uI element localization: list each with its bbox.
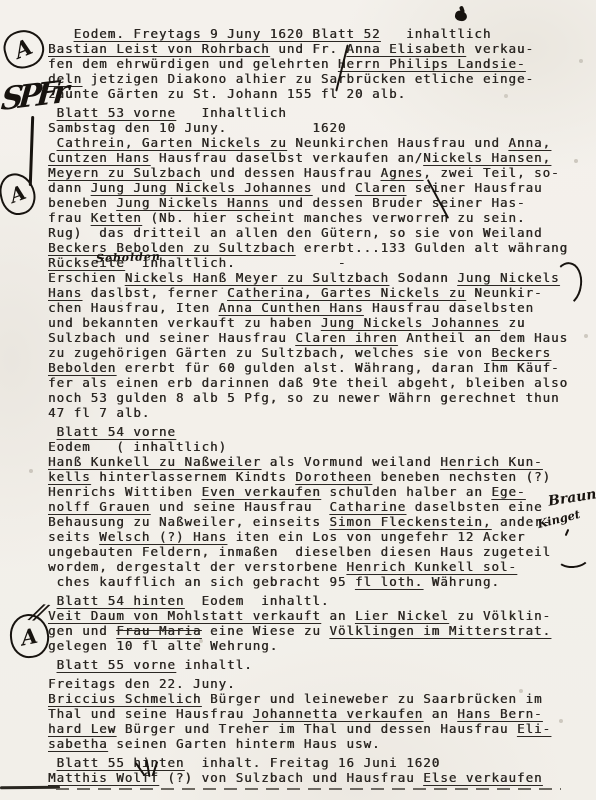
document-line: deln jetzigen Diakono alhier zu Sarbrück… [48,71,568,86]
text-segment: Bürger und Treher im Thal und dessen Hau… [116,721,517,736]
document-line: Freitags den 22. Juny. [48,676,568,691]
document-line: Bebolden ererbt für 60 gulden alst. Währ… [48,360,568,375]
document-line: Eodem ( inhaltlich) [48,439,568,454]
text-segment: hinterlassernem Kindts [91,469,296,484]
text-segment: Veit Daum von Mohlstatt verkauft [48,608,321,623]
text-segment: ererbt für 60 gulden alst. Währang, dara… [116,360,559,375]
document-line: Meyern zu Sulzbach und dessen Hausfrau A… [48,165,568,180]
text-segment: zäunte Gärten zu St. Johann 155 fl 20 al… [48,86,406,101]
text-segment: Neunkirchen Hausfrau und [287,135,509,150]
text-segment: ches kaufflich an sich gebracht 95 [48,574,355,589]
text-segment: Antheil an dem Haus [398,330,569,345]
document-line: beneben Jung Nickels Hanns und dessen Br… [48,195,568,210]
document-line: Henrichs Wittiben Even verkaufen schulde… [48,484,568,499]
text-segment: Anna Elisabeth [346,41,465,56]
text-segment: Meyern zu Sulzbach [48,165,201,180]
text-segment: ererbt...133 Gulden alt währang [295,240,568,255]
text-segment: Thal und seine Hausfrau [48,706,253,721]
text-segment: und Fr. [270,41,347,56]
text-segment: Rug) das dritteil an allen den Gütern, s… [48,225,543,240]
text-segment: fl loth. [355,574,423,589]
circled-letter-glyph: A [11,34,37,65]
text-segment: beneben nechsten (?) [372,469,551,484]
text-segment: zu zugehörigen Gärten zu Sultzbach, welc… [48,345,491,360]
text-segment [48,26,74,41]
document-line: seits Welsch (?) Hans iten ein Los von u… [48,529,568,544]
circled-letter-glyph: A [19,622,40,650]
text-segment: frau [48,210,91,225]
text-segment: Anna Cunthen Hans [219,300,364,315]
text-segment: Herrn Philips Landsie- [338,56,526,71]
document-line: Blatt 53 vorne Inhaltlich [48,105,568,120]
text-segment: Dorotheen [295,469,372,484]
document-line: kells hinterlassernem Kindts Dorotheen b… [48,469,568,484]
document-line: Thal und seine Hausfrau Johannetta verka… [48,706,568,721]
text-segment: Sulzbach und seiner Hausfrau [48,330,295,345]
text-segment: Lier Nickel [355,608,449,623]
text-segment: Hausfrau daselbsten [363,300,534,315]
text-segment: Ege- [491,484,525,499]
text-segment: Cathrein, Garten Nickels zu [57,135,287,150]
text-segment: iten ein Los von ungefehr 12 Acker [227,529,525,544]
document-line: Eodem. Freytags 9 Juny 1620 Blatt 52 inh… [48,26,568,41]
text-segment: Simon Fleckenstein, [329,514,491,529]
text-segment: fen dem ehrwürdigen und gelehrten [48,56,338,71]
text-segment: Jung Nickels [457,270,559,285]
text-segment: Bastian Leist von Rohrbach [48,41,270,56]
text-segment: , zwei Teil, so- [423,165,559,180]
document-line: Matthis Wolff (?) von Sulzbach und Hausf… [48,770,568,785]
document-line: gelegen 10 fl alte Wehrung. [48,638,568,653]
text-segment: hard Lew [48,721,116,736]
pen-curve-mark-2 [555,545,590,569]
text-segment: zu [500,315,526,330]
document-line: ungebauten Feldern, inmaßen dieselben di… [48,544,568,559]
scribble-tail-stroke [29,116,34,186]
document-line: Sulzbach und seiner Hausfrau Claren ihre… [48,330,568,345]
document-line: noch 53 gulden 8 alb 5 Pfg, so zu newer … [48,390,568,405]
text-segment: Behausung zu Naßweiler, einseits [48,514,329,529]
text-segment: Blatt 53 vorne [57,105,176,120]
text-segment: Eodem ( inhaltlich) [48,439,227,454]
document-line: Hanß Kunkell zu Naßweiler als Vormund we… [48,454,568,469]
text-segment: Jung Nickels Hanns [116,195,269,210]
text-segment: fer als einen erb darinnen daß 9te theil… [48,375,568,390]
document-line: Rug) das dritteil an allen den Gütern, s… [48,225,568,240]
text-segment: Jung Jung Nickels Johannes [91,180,313,195]
text-segment: kells [48,469,91,484]
text-segment: Sodann [389,270,457,285]
text-segment: Blatt 54 vorne [57,424,176,439]
text-segment: Catharine [329,499,406,514]
text-segment: eine Wiese zu [201,623,329,638]
text-segment: Hausfrau daselbst verkaufen an/ [150,150,423,165]
document-line: gen und Frau Maria eine Wiese zu Völklin… [48,623,568,638]
text-segment: Freitags den 22. Juny. [48,676,236,691]
document-line: ches kaufflich an sich gebracht 95 fl lo… [48,574,568,589]
text-segment: Welsch (?) Hans [99,529,227,544]
document-line: Hans daslbst, ferner Catherina, Gartes N… [48,285,568,300]
text-segment: Even verkaufen [201,484,320,499]
bottom-dashed-line [56,788,561,790]
text-segment: und [312,180,355,195]
text-segment: und bekannten verkauft zu haben [48,315,321,330]
text-segment: Bebolden [48,360,116,375]
text-segment: Eodem. Freytags 9 Juny 1620 Blatt 52 [74,26,381,41]
document-line: zu zugehörigen Gärten zu Sultzbach, welc… [48,345,568,360]
document-line: chen Hausfrau, Iten Anna Cunthen Hans Ha… [48,300,568,315]
text-segment: Beckers [491,345,551,360]
text-segment: an [423,706,457,721]
text-segment: (?) von Sulzbach und Hausfrau [159,770,423,785]
text-segment: Johannetta verkaufen [253,706,424,721]
text-segment: Hans [48,285,82,300]
document-text: Eodem. Freytags 9 Juny 1620 Blatt 52 inh… [48,26,568,785]
document-line: hard Lew Bürger und Treher im Thal und d… [48,721,568,736]
text-segment: als Vormund weiland [261,454,440,469]
text-segment [48,657,57,672]
text-segment: inhaltl. [176,657,253,672]
text-segment: dann [48,180,91,195]
text-segment: daselbsten eine [406,499,542,514]
text-segment: Ketten [91,210,142,225]
scan-noise-speckles [120,300,122,302]
text-segment: ungebauten Feldern, inmaßen dieselben di… [48,544,551,559]
text-segment: chen Hausfrau, Iten [48,300,219,315]
text-segment: und dessen Bruder seiner Has- [270,195,526,210]
document-line: dann Jung Jung Nickels Johannes und Clar… [48,180,568,195]
document-line: 47 fl 7 alb. [48,405,568,420]
text-segment: Nickels Hanß Meyer zu Sultzbach [125,270,389,285]
text-segment: an [321,608,355,623]
text-segment: Hans Bern- [457,706,542,721]
text-segment: nolff Grauen [48,499,150,514]
text-segment [48,755,57,770]
text-segment: inhalt. Freitag 16 Juni 1620 [184,755,440,770]
text-segment: Blatt 54 hinten [57,593,185,608]
document-line: Sambstag den 10 Juny. 1620 [48,120,568,135]
text-segment: seinen Garten hinterm Haus usw. [108,736,381,751]
document-line: Behausung zu Naßweiler, einseits Simon F… [48,514,568,529]
text-segment: Frau Maria [116,623,201,638]
interline-correction: Sebolden [96,250,161,265]
text-segment: jetzigen Diakono alhier zu Sarbrücken et… [82,71,534,86]
text-segment: schulden halber an [321,484,492,499]
text-segment: Währung. [423,574,500,589]
text-segment: Anna, [508,135,551,150]
text-segment: Henrich Kunkell sol- [346,559,517,574]
text-segment: Eodem inhaltl. [184,593,329,608]
document-line: und bekannten verkauft zu haben Jung Nic… [48,315,568,330]
text-segment: seiner Hausfrau [406,180,542,195]
text-segment: Inhaltlich [176,105,287,120]
circled-letter-glyph: A [6,180,29,208]
text-segment: wordem, dergestalt der verstorbene [48,559,346,574]
text-segment: (Nb. hier scheint manches verworren zu s… [142,210,526,225]
text-segment: Agnes [381,165,424,180]
document-line: frau Ketten (Nb. hier scheint manches ve… [48,210,568,225]
text-segment: Völklingen im Mitterstrat. [329,623,551,638]
double-slash-mark: // [28,599,48,624]
text-segment: verkau- [466,41,534,56]
text-segment: und seine Hausfrau [150,499,329,514]
text-segment: Bürger und leineweber zu Saarbrücken im [201,691,542,706]
text-segment: sabetha [48,736,108,751]
text-segment: noch 53 gulden 8 alb 5 Pfg, so zu newer … [48,390,560,405]
document-line: Veit Daum von Mohlstatt verkauft an Lier… [48,608,568,623]
text-segment: Eli- [517,721,551,736]
text-segment: Claren ihren [295,330,397,345]
bottom-edge-line [0,786,60,790]
text-segment: gen und [48,623,116,638]
text-segment: Catherina, Gartes Nickels zu [227,285,466,300]
text-segment: Nickels Hansen, [423,150,551,165]
text-segment: seits [48,529,99,544]
text-segment: Else verkaufen [423,770,542,785]
text-segment: 47 fl 7 alb. [48,405,150,420]
text-segment: Hanß Kunkell zu Naßweiler [48,454,261,469]
text-segment [48,135,57,150]
text-segment: Blatt 55 vorne [57,657,176,672]
text-segment: Jung Nickels Johannes [321,315,500,330]
document-line: Cuntzen Hans Hausfrau daselbst verkaufen… [48,150,568,165]
text-segment: gelegen 10 fl alte Wehrung. [48,638,278,653]
document-line: sabetha seinen Garten hinterm Haus usw. [48,736,568,751]
text-segment: Claren [355,180,406,195]
document-line: nolff Grauen und seine Hausfrau Catharin… [48,499,568,514]
document-line: zäunte Gärten zu St. Johann 155 fl 20 al… [48,86,568,101]
text-segment: daslbst, ferner [82,285,227,300]
text-segment: beneben [48,195,116,210]
text-segment: Henrichs Wittiben [48,484,201,499]
text-segment: Beckers Bebolden zu Sultzbach [48,240,295,255]
text-segment: inhaltlich [381,26,492,41]
margin-circled-letter-1: A [0,25,48,73]
document-line: Blatt 55 hinten inhalt. Freitag 16 Juni … [48,755,568,770]
document-line: Blatt 55 vorne inhaltl. [48,657,568,672]
document-line: Cathrein, Garten Nickels zu Neunkirchen … [48,135,568,150]
text-segment: Neunkir- [466,285,543,300]
document-line: Blatt 54 hinten Eodem inhaltl. [48,593,568,608]
text-segment: und dessen Hausfrau [201,165,380,180]
text-segment: Henrich Kun- [440,454,542,469]
text-segment: zu Völklin- [449,608,551,623]
scanned-document-page: Eodem. Freytags 9 Juny 1620 Blatt 52 inh… [0,0,596,800]
document-line: fer als einen erb darinnen daß 9te theil… [48,375,568,390]
text-segment: Sambstag den 10 Juny. 1620 [48,120,346,135]
document-line: fen dem ehrwürdigen und gelehrten Herrn … [48,56,568,71]
text-segment: Briccius Schmelich [48,691,201,706]
document-line: Bastian Leist von Rohrbach und Fr. Anna … [48,41,568,56]
text-segment: Blatt 55 hinten [57,755,185,770]
text-segment: Cuntzen Hans [48,150,150,165]
document-line: wordem, dergestalt der verstorbene Henri… [48,559,568,574]
document-line: Erschien Nickels Hanß Meyer zu Sultzbach… [48,270,568,285]
text-segment: Erschien [48,270,125,285]
text-segment [48,424,57,439]
document-line: Briccius Schmelich Bürger und leineweber… [48,691,568,706]
margin-circled-letter-2: A [0,170,39,218]
document-line: Blatt 54 vorne [48,424,568,439]
text-segment [48,593,57,608]
